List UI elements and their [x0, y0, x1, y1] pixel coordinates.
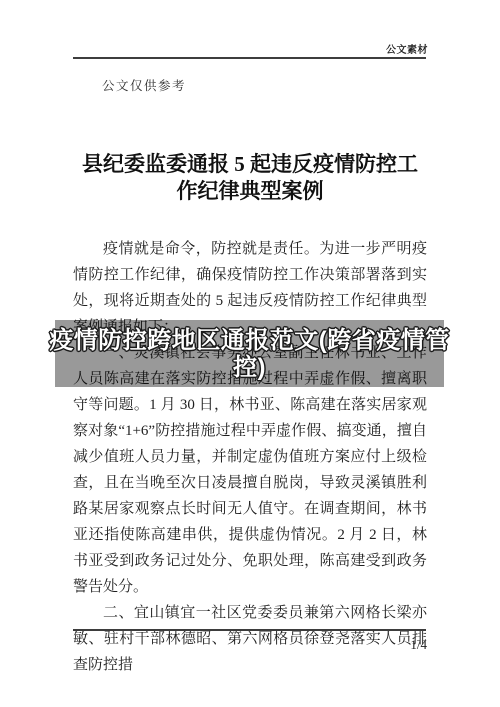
- reference-note: 公文仅供参考: [102, 76, 186, 94]
- title-overlay-banner: 疫情防控跨地区通报范文(跨省疫情管 控): [55, 320, 444, 387]
- watermark-label: 公文素材: [386, 41, 428, 56]
- header-rule: [73, 57, 426, 59]
- paragraph-case-two: 二、宜山镇宜一社区党委委员兼第六网格长梁亦敏、驻村干部林德昭、第六网格员徐登尧落…: [73, 600, 427, 678]
- document-page: 公文素材 公文仅供参考 县纪委监委通报 5 起违反疫情防控工作纪律典型案例 疫情…: [0, 0, 500, 707]
- page-number: 1/4: [410, 637, 427, 653]
- overlay-banner-line2: 控): [233, 354, 266, 381]
- footer-rule: [73, 629, 426, 631]
- document-body: 疫情就是命令，防控就是责任。为进一步严明疫情防控工作纪律，确保疫情防控工作决策部…: [73, 236, 427, 678]
- document-title: 县纪委监委通报 5 起违反疫情防控工作纪律典型案例: [72, 151, 428, 205]
- overlay-banner-line1: 疫情防控跨地区通报范文(跨省疫情管: [49, 327, 450, 354]
